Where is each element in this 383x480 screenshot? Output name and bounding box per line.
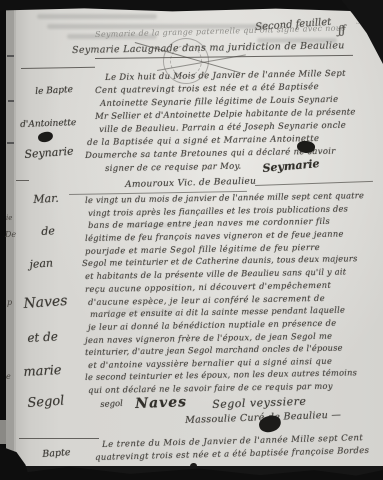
margin-rule-bottom [19, 438, 99, 439]
ink-blot [37, 131, 54, 143]
signature: Amouroux Vic. de Beaulieu [125, 177, 256, 190]
margin-note: Mar. [33, 192, 59, 206]
manuscript-line: légitime de feu françois naves vigneron … [85, 228, 344, 243]
manuscript-line: le second teinturier et les époux, non l… [85, 367, 357, 382]
manuscript-line: Segol me teinturier et de Catherine daun… [82, 253, 358, 268]
manuscript-line: Le Dix huit du Mois de Janvier de l'anné… [105, 69, 346, 83]
manuscript-line: de la Baptisée qui a signé et Marraine A… [87, 134, 320, 148]
edge-notch [0, 420, 6, 444]
manuscript-line: reçu aucune opposition, ni découvert d'e… [85, 280, 331, 294]
manuscript-line: et habitants de la présente ville de Bea… [85, 266, 346, 281]
signature: Segol veyssiere [212, 395, 307, 411]
margin-rule-top [21, 67, 95, 69]
ink-blot [190, 463, 197, 466]
manuscript-line: Antoinette Seynarie fille légitime de Lo… [100, 95, 338, 109]
margin-note: d'Antoinette [20, 118, 76, 130]
margin-note: de [41, 224, 55, 238]
margin-note: Naves [23, 293, 68, 312]
margin-note: Segol [27, 393, 65, 411]
header-line-2: Seymarie Lacugnade dans ma juridiction d… [72, 40, 345, 56]
edge-mark [7, 142, 14, 144]
margin-note: Seynarie [24, 145, 74, 161]
edge-fragment: p [7, 298, 12, 307]
margin-note: jean [29, 256, 53, 271]
margin-note: marie [23, 363, 62, 380]
signature: segol [100, 399, 123, 410]
edge-fragment: ie [6, 214, 12, 222]
manuscript-line: mariage et ensuite ai dit la sainte mess… [90, 305, 345, 319]
edge-mark [8, 100, 14, 102]
document-scan: Seymarie de la grange paternelle qui ont… [0, 0, 383, 480]
signature-flourish [255, 181, 373, 186]
margin-note: le Bapte [35, 85, 73, 97]
manuscript-line: qui ont déclaré ne le savoir faire de ce… [88, 381, 333, 395]
edge-mark [7, 55, 14, 57]
manuscript-line: teinturier, d'autre jean Segol marchand … [85, 343, 343, 357]
signature: Naves [135, 394, 187, 412]
edge-fragment: De [5, 230, 16, 239]
paraph-flourish: ƒƒ [337, 23, 347, 37]
manuscript-line: ville de Beaulieu. Parrain a été Joseph … [99, 121, 346, 135]
signature: Seymarie [262, 157, 320, 175]
margin-note: et de [27, 329, 58, 345]
manuscript-line: je leur ai donné la bénédiction nuptiale… [88, 318, 336, 332]
binding-edge: ie De p e [0, 0, 16, 480]
manuscript-line: bans de mariage entre jean naves me cord… [88, 216, 330, 230]
manuscript-line: Mr Sellier et d'Antoinette Delpie habita… [95, 107, 356, 122]
edge-fragment: e [6, 372, 11, 381]
margin-note: Bapte [42, 447, 71, 460]
bleedthrough-smudge [37, 14, 157, 19]
manuscript-line: signer de ce requise par Moy. [105, 162, 242, 174]
paper-page: Seymarie de la grange paternelle qui ont… [7, 8, 383, 466]
manuscript-line: Cent quatrevingt trois est née et a été … [95, 82, 319, 96]
